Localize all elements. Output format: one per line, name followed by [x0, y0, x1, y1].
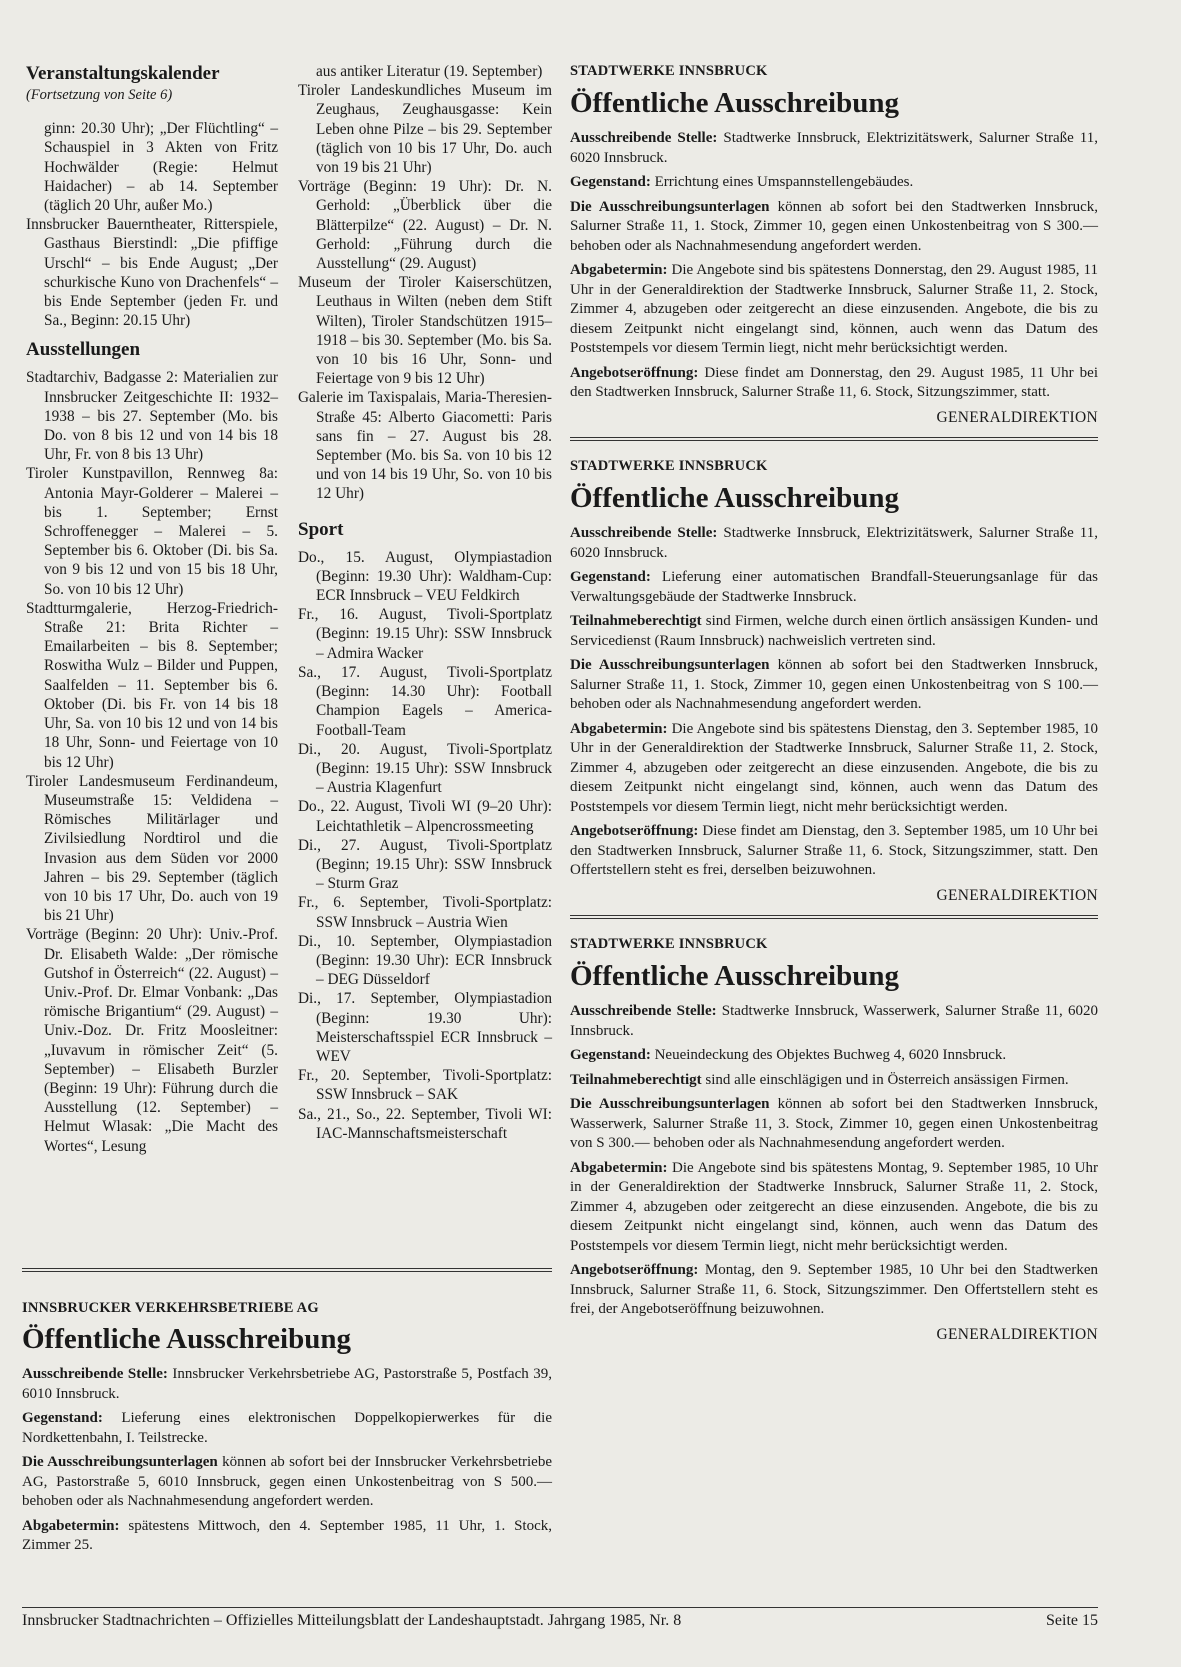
tender-paragraph: Angebotseröffnung: Diese findet am Donne… — [570, 364, 1098, 403]
exhibition-entry: Galerie im Taxispalais, Maria-Theresien-… — [298, 388, 552, 503]
tender-title: Öffentliche Ausschreibung — [570, 85, 1098, 121]
sport-entry: Do., 15. August, Olympiastadion (Beginn:… — [298, 548, 552, 606]
tender-paragraph: Abgabetermin: Die Angebote sind bis spät… — [570, 720, 1098, 818]
tender-label: Angebotseröffnung: — [570, 823, 698, 839]
page-number: Seite 15 — [1046, 1612, 1098, 1630]
tender-paragraph: Abgabetermin: Die Angebote sind bis spät… — [570, 261, 1098, 359]
tender-paragraph: Teilnahmeberechtigt sind Firmen, welche … — [570, 612, 1098, 651]
tender-org: Stadtwerke Innsbruck — [570, 62, 1098, 81]
sport-entry: Do., 22. August, Tivoli WI (9–20 Uhr): L… — [298, 797, 552, 835]
newspaper-page: Veranstaltungskalender (Fortsetzung von … — [0, 0, 1181, 1667]
calendar-entry: Innsbrucker Bauerntheater, Ritterspiele,… — [26, 215, 278, 330]
tender-label: Ausschreibende Stelle: — [570, 525, 717, 541]
tender-label: Abgabetermin: — [570, 721, 668, 737]
sport-entry: Sa., 21., So., 22. September, Tivoli WI:… — [298, 1105, 552, 1143]
calendar-column-2: aus antiker Literatur (19. September) Ti… — [298, 62, 552, 1143]
sport-entry: Di., 20. August, Tivoli-Sportplatz (Begi… — [298, 740, 552, 798]
exhibition-entry: Tiroler Kunstpavillon, Rennweg 8a: Anton… — [26, 464, 278, 598]
sport-entry: Di., 17. September, Olympiastadion (Begi… — [298, 989, 552, 1066]
tender-paragraph: Abgabetermin: Die Angebote sind bis spät… — [570, 1159, 1098, 1257]
tender-paragraph: Gegenstand: Errichtung eines Umspannstel… — [570, 173, 1098, 193]
tender-label: Abgabetermin: — [570, 1160, 668, 1176]
sport-entry: Fr., 6. September, Tivoli-Sportplatz: SS… — [298, 893, 552, 931]
tenders-column: Stadtwerke Innsbruck Öffentliche Ausschr… — [570, 62, 1098, 1344]
tender-paragraph: Angebotseröffnung: Montag, den 9. Septem… — [570, 1261, 1098, 1320]
tender-signature: GENERALDIREKTION — [570, 1325, 1098, 1344]
calendar-title: Veranstaltungskalender — [26, 62, 278, 86]
tender-notice-2: Stadtwerke Innsbruck Öffentliche Ausschr… — [570, 457, 1098, 905]
tender-label: Angebotseröffnung: — [570, 1262, 698, 1278]
sport-heading: Sport — [298, 518, 552, 542]
exhibition-entry: Tiroler Landeskundliches Museum im Zeugh… — [298, 81, 552, 177]
page-footer: Innsbrucker Stadtnachrichten – Offiziell… — [22, 1612, 1098, 1630]
tender-label: Die Ausschreibungsunterlagen — [570, 657, 770, 673]
tender-paragraph: Gegenstand: Lieferung eines elektronisch… — [22, 1409, 552, 1448]
tender-label: Gegenstand: — [570, 569, 651, 585]
tender-paragraph: Abgabetermin: spätestens Mittwoch, den 4… — [22, 1517, 552, 1556]
tender-paragraph: Teilnahmeberechtigt sind alle einschlägi… — [570, 1071, 1098, 1091]
calendar-column-1: Veranstaltungskalender (Fortsetzung von … — [26, 62, 278, 1156]
exhibitions-heading: Ausstellungen — [26, 338, 278, 362]
tender-text: Neueindeckung des Objektes Buchweg 4, 60… — [651, 1047, 1006, 1063]
tender-label: Gegenstand: — [22, 1410, 103, 1426]
tender-paragraph: Die Ausschreibungsunterlagen können ab s… — [570, 656, 1098, 715]
tender-notice-ivb: Innsbrucker Verkehrsbetriebe AG Öffentli… — [22, 1300, 552, 1561]
tender-org: Stadtwerke Innsbruck — [570, 935, 1098, 954]
tender-label: Die Ausschreibungsunterlagen — [22, 1454, 218, 1470]
tender-paragraph: Die Ausschreibungsunterlagen können ab s… — [570, 1095, 1098, 1154]
tender-label: Gegenstand: — [570, 1047, 651, 1063]
tender-org: Stadtwerke Innsbruck — [570, 457, 1098, 476]
sport-entry: Fr., 20. September, Tivoli-Sportplatz: S… — [298, 1066, 552, 1104]
tender-notice-1: Stadtwerke Innsbruck Öffentliche Ausschr… — [570, 62, 1098, 427]
tender-notice-3: Stadtwerke Innsbruck Öffentliche Ausschr… — [570, 935, 1098, 1344]
section-divider — [570, 915, 1098, 919]
tender-label: Abgabetermin: — [22, 1518, 120, 1534]
tender-paragraph: Die Ausschreibungsunterlagen können ab s… — [22, 1453, 552, 1512]
calendar-subtitle: (Fortsetzung von Seite 6) — [26, 86, 278, 105]
tender-signature: GENERALDIREKTION — [570, 886, 1098, 905]
tender-paragraph: Gegenstand: Neueindeckung des Objektes B… — [570, 1046, 1098, 1066]
tender-title: Öffentliche Ausschreibung — [570, 480, 1098, 516]
tender-org: Innsbrucker Verkehrsbetriebe AG — [22, 1300, 552, 1317]
tender-title: Öffentliche Ausschreibung — [22, 1321, 552, 1357]
tender-paragraph: Ausschreibende Stelle: Stadtwerke Innsbr… — [570, 129, 1098, 168]
exhibition-entry: Stadtturmgalerie, Herzog-Friedrich-Straß… — [26, 599, 278, 772]
sport-entry: Fr., 16. August, Tivoli-Sportplatz (Begi… — [298, 605, 552, 663]
sport-entry: Di., 27. August, Tivoli-Sportplatz (Begi… — [298, 836, 552, 894]
tender-text: sind alle einschlägigen und in Österreic… — [702, 1072, 1069, 1088]
tender-label: Ausschreibende Stelle: — [570, 1003, 717, 1019]
tender-signature: GENERALDIREKTION — [570, 408, 1098, 427]
calendar-continuation: ginn: 20.30 Uhr); „Der Flüchtling“ – Sch… — [26, 119, 278, 215]
exhibition-continuation: aus antiker Literatur (19. September) — [298, 62, 552, 81]
exhibition-entry: Vorträge (Beginn: 20 Uhr): Univ.-Prof. D… — [26, 925, 278, 1155]
tender-paragraph: Angebotseröffnung: Diese findet am Diens… — [570, 822, 1098, 881]
sport-entry: Sa., 17. August, Tivoli-Sportplatz (Begi… — [298, 663, 552, 740]
tender-label: Ausschreibende Stelle: — [570, 130, 717, 146]
publication-line: Innsbrucker Stadtnachrichten – Offiziell… — [22, 1612, 681, 1630]
section-divider — [570, 437, 1098, 441]
tender-paragraph: Gegenstand: Lieferung einer automatische… — [570, 568, 1098, 607]
footer-divider — [22, 1607, 1098, 1608]
tender-label: Die Ausschreibungsunterlagen — [570, 199, 770, 215]
tender-label: Ausschreibende Stelle: — [22, 1366, 168, 1382]
tender-label: Die Ausschreibungsunterlagen — [570, 1096, 770, 1112]
exhibition-entry: Museum der Tiroler Kaiserschützen, Leuth… — [298, 273, 552, 388]
tender-paragraph: Ausschreibende Stelle: Stadtwerke Innsbr… — [570, 1002, 1098, 1041]
tender-label: Teilnahmeberechtigt — [570, 1072, 702, 1088]
tender-title: Öffentliche Ausschreibung — [570, 958, 1098, 994]
exhibition-entry: Vorträge (Beginn: 19 Uhr): Dr. N. Gerhol… — [298, 177, 552, 273]
tender-paragraph: Ausschreibende Stelle: Innsbrucker Verke… — [22, 1365, 552, 1404]
tender-paragraph: Ausschreibende Stelle: Stadtwerke Innsbr… — [570, 524, 1098, 563]
tender-label: Angebotseröffnung: — [570, 365, 698, 381]
tender-label: Teilnahmeberechtigt — [570, 613, 702, 629]
exhibition-entry: Tiroler Landesmuseum Ferdinandeum, Museu… — [26, 772, 278, 926]
tender-paragraph: Die Ausschreibungsunterlagen können ab s… — [570, 198, 1098, 257]
tender-label: Gegenstand: — [570, 174, 651, 190]
sport-entry: Di., 10. September, Olympiastadion (Begi… — [298, 932, 552, 990]
section-divider — [22, 1268, 552, 1272]
tender-label: Abgabetermin: — [570, 262, 668, 278]
tender-text: Errichtung eines Umspannstellengebäudes. — [651, 174, 913, 190]
exhibition-entry: Stadtarchiv, Badgasse 2: Materialien zur… — [26, 368, 278, 464]
